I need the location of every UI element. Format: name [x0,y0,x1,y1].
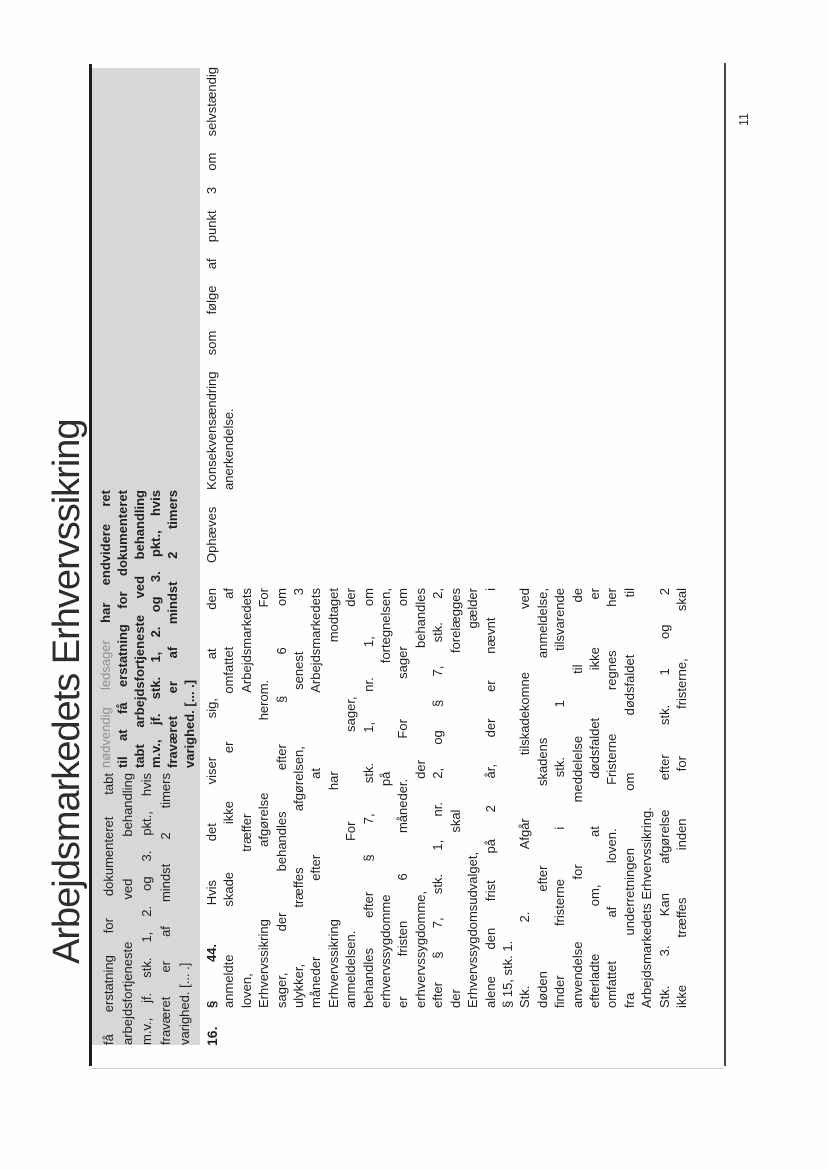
text-line: sager, der behandles efter § 6 om [273,588,290,1008]
proposal-continuation-column: nødvendig ledsager har endvidere rettil … [98,490,199,768]
text-segment: har endvidere ret [98,490,113,640]
proposal-column: Ophæves [203,507,220,563]
text-segment-seg-gray: nødvendig ledsager [98,640,113,768]
current-law-continuation-column: få erstatning for dokumenteret tabtarbej… [99,773,194,1045]
text-line: m.v., jf. stk. 1, 2. og 3. pkt., hvis [137,773,156,1045]
scan-page: Arbejdsmarkedets Erhvervssikring få erst… [0,0,828,1169]
text-line: omfattet af loven. Fristerne regnes her [603,588,620,1008]
text-line: m.v., jf. stk. 1, 2. og 3. pkt., hvis [148,490,165,768]
text-line: efterladte om, at dødsfaldet ikke er [586,588,603,1008]
text-line: nødvendig ledsager har endvidere ret [98,490,115,768]
text-line: ikke træffes inden for fristerne, skal [673,588,690,1008]
table-bottom-rule [724,63,726,1066]
text-line: alene den frist på 2 år, der er nævnt i [482,588,499,1008]
text-line: varighed. [... .] [182,490,199,768]
text-line: fraværet er af mindst 2 timers [165,490,182,768]
text-line: Arbejdsmarkedets Erhvervssikring. [638,588,655,1008]
text-line: efter § 7, stk. 1, nr. 2, og § 7, stk. 2… [429,588,446,1008]
text-line: få erstatning for dokumenteret tabt [99,773,118,1045]
text-line: anmeldte skade ikke er omfattet af [220,588,237,1008]
amendment-item-number: 16. [204,1027,220,1046]
text-line: ulykker, træffes afgørelsen, senest 3 [290,588,307,1008]
text-line: anmeldelsen. For sager, der [342,588,359,1008]
text-line: Erhvervssikring afgørelse herom. For [255,588,272,1008]
text-line: Konsekvensændring som følge af punkt 3 o… [203,67,220,490]
text-segment: Hvis det viser sig, at den [204,588,219,944]
text-line: døden efter skadens anmeldelse, [534,588,551,1008]
text-line: der skal forelægges [447,588,464,1008]
text-line: måneder efter at Arbejdsmarkedets [307,588,324,1008]
text-line: arbejdsfortjeneste ved behandling [118,773,137,1045]
text-line: § 15, stk. 1. [499,588,516,1008]
document-content: Arbejdsmarkedets Erhvervssikring få erst… [45,58,775,1066]
text-line: til at få erstatning for dokumenteret [115,490,132,768]
remarks-column: Konsekvensændring som følge af punkt 3 o… [203,67,237,490]
text-line: loven, træffer Arbejdsmarkedets [238,588,255,1008]
text-line: anvendelse for meddelelse til de [569,588,586,1008]
text-line: varighed. [... .] [175,773,194,1045]
current-law-column: § 44. Hvis det viser sig, at denanmeldte… [203,588,690,1008]
page-title: Arbejdsmarkedets Erhvervssikring [46,419,88,964]
text-line: Erhvervssikring har modtaget [325,588,342,1008]
text-line: erhvervssygdomme, der behandles [412,588,429,1008]
text-line: tabt arbejdsfortjeneste ved behandling [132,490,149,768]
text-line: § 44. Hvis det viser sig, at den [203,588,220,1008]
text-segment-seg-bold: § 44. [204,944,219,1008]
page-number: 11 [737,113,751,126]
text-line: fraværet er af mindst 2 timers [156,773,175,1045]
text-line: Stk. 3. Kan afgørelse efter stk. 1 og 2 [656,588,673,1008]
text-line: behandles efter § 7, stk. 1, nr. 1, om [360,588,377,1008]
text-line: er fristen 6 måneder. For sager om [394,588,411,1008]
page-edge-shadow-line [91,1068,724,1069]
text-line: fra underretningen om dødsfaldet til [621,588,638,1008]
text-line: Stk. 2. Afgår tilskadekomne ved [516,588,533,1008]
text-line: anerkendelse. [220,67,237,490]
text-line: finder fristerne i stk. 1 tilsvarende [551,588,568,1008]
text-line: Erhvervssygdomsudvalget, gælder [464,588,481,1008]
text-line: erhvervssygdomme på fortegnelsen, [377,588,394,1008]
